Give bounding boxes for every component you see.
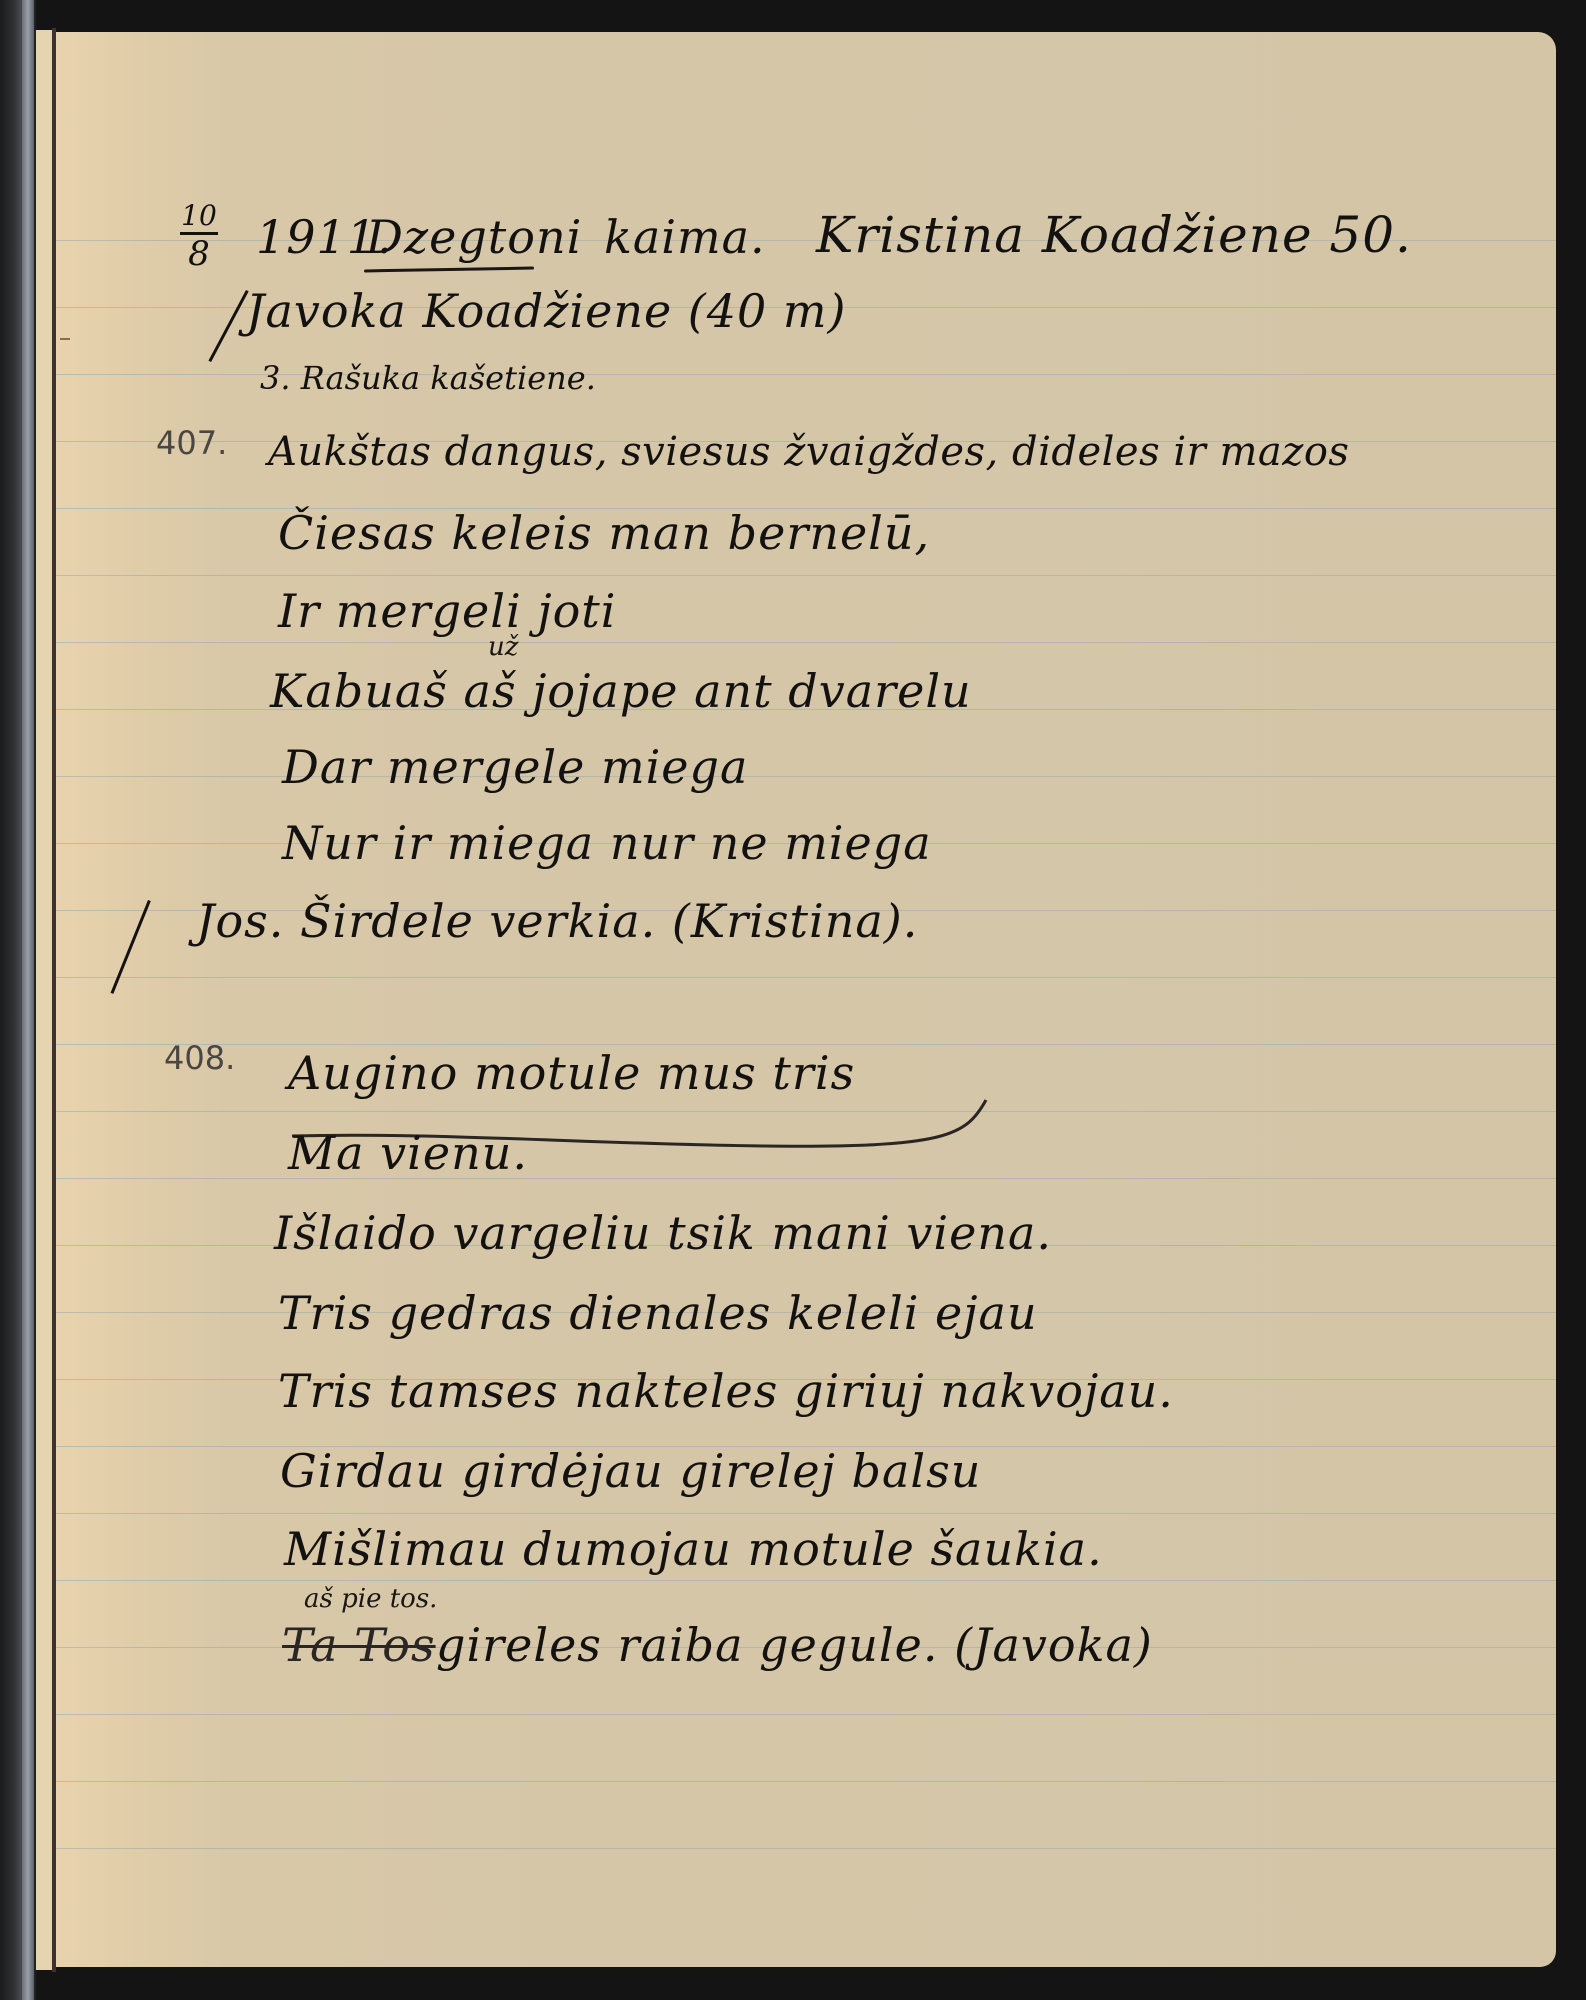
song-408-line-6: Girdau girdėjau girelej balsu — [280, 1448, 981, 1494]
song-407-line-5: Dar mergele miega — [282, 744, 748, 790]
song-408-line-5: Tris tamses nakteles giriuj nakvojau. — [278, 1368, 1174, 1414]
rule-line — [56, 642, 1556, 643]
notebook-page: 10 8 1911. Dzegtoni kaima. Kristina Koad… — [56, 32, 1556, 1967]
previous-page-edge — [36, 30, 52, 1970]
date-month: 8 — [188, 237, 210, 271]
song-408-line-8-visible: gireles raiba gegule. (Javoka) — [436, 1622, 1153, 1668]
song-407-line-6: Nur ir miega nur ne miega — [282, 820, 932, 866]
rule-line — [56, 1848, 1556, 1849]
song-407-line-7: Jos. Širdele verkia. (Kristina). — [196, 898, 918, 944]
jos-flourish — [111, 900, 151, 994]
rule-line — [56, 575, 1556, 576]
date-day: 10 — [181, 202, 217, 230]
rule-line — [56, 1044, 1556, 1045]
rule-line — [56, 1580, 1556, 1581]
song-407-line-1: Aukštas dangus, sviesus žvaigždes, didel… — [268, 432, 1349, 472]
place-name: Dzegtoni — [366, 214, 582, 260]
correction-as-pie-tos: aš pie tos. — [304, 1584, 437, 1614]
song-408-line-7: Mišlimau dumojau motule šaukia. — [284, 1526, 1103, 1572]
song-407-line-3: Ir mergeli joti — [278, 588, 616, 634]
song-407-line-2: Čiesas keleis man bernelū, — [278, 510, 930, 556]
place-suffix: kaima. — [604, 214, 766, 260]
song-408-line-2: Ma vienu. — [288, 1130, 528, 1176]
rule-line — [56, 977, 1556, 978]
song-number-408: 408. — [164, 1042, 235, 1074]
correction-uz: už — [488, 632, 518, 662]
song-408-line-4: Tris gedras dienales keleli ejau — [278, 1290, 1038, 1336]
date-fraction: 10 8 — [180, 202, 218, 271]
song-408-line-3: Išlaido vargeliu tsik mani viena. — [274, 1210, 1052, 1256]
informant-1: Kristina Koadžiene 50. — [816, 210, 1412, 260]
margin-mark — [60, 338, 70, 340]
rule-line — [56, 1178, 1556, 1179]
binding-spine-metal — [22, 0, 34, 2000]
rule-line — [56, 776, 1556, 777]
song-number-407: 407. — [156, 427, 227, 459]
song-407-line-4: Kabuaš aš jojape ant dvarelu — [270, 668, 972, 714]
place-underline — [364, 267, 534, 273]
javoka-flourish — [208, 290, 248, 362]
informant-3: 3. Rašuka kašetiene. — [260, 362, 596, 394]
informant-2: Javoka Koadžiene (40 m) — [246, 288, 846, 334]
binding-spine — [0, 0, 22, 2000]
rule-line — [56, 1513, 1556, 1514]
rule-line — [56, 1714, 1556, 1715]
rule-line — [56, 1781, 1556, 1782]
struck-text: Ta Tos — [282, 1622, 436, 1668]
